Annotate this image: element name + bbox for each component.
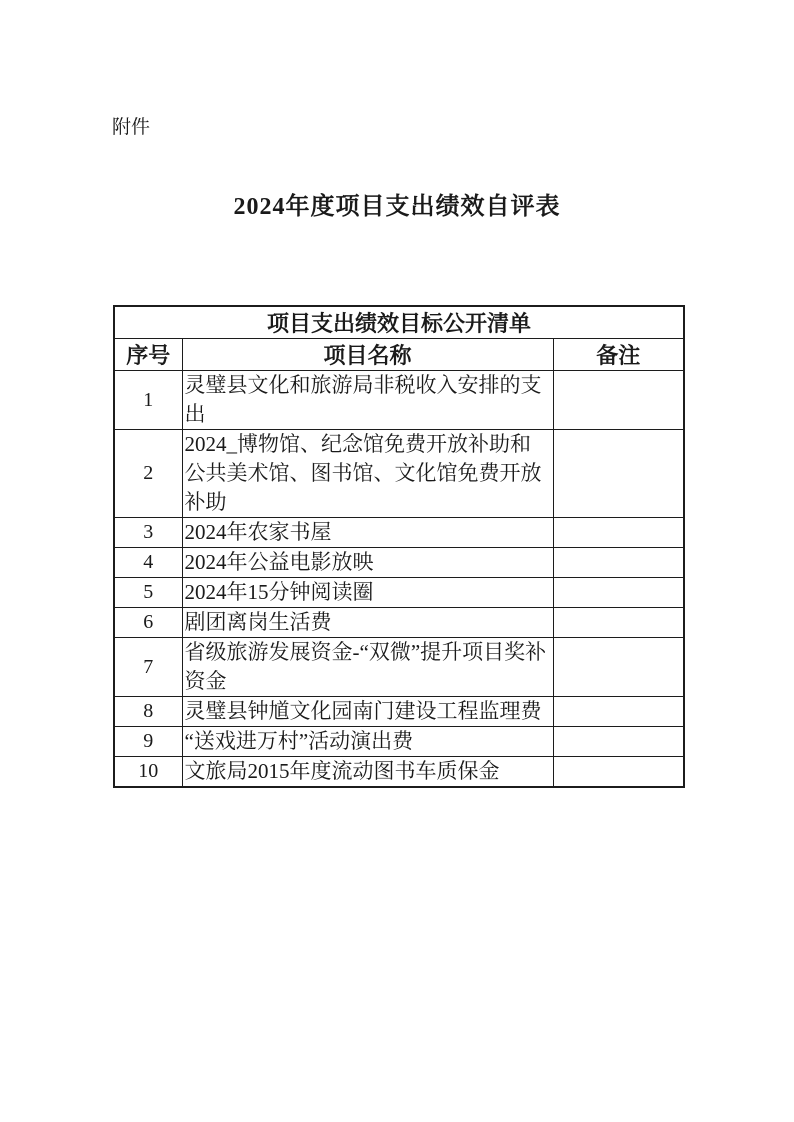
attachment-label: 附件 xyxy=(112,116,150,140)
row-number-cell: 2 xyxy=(114,430,182,518)
row-number-cell: 10 xyxy=(114,757,182,788)
table-row: 6剧团离岗生活费 xyxy=(114,608,684,638)
table-row: 10文旅局2015年度流动图书车质保金 xyxy=(114,757,684,788)
note-cell xyxy=(553,548,684,578)
row-number-cell: 8 xyxy=(114,697,182,727)
note-cell xyxy=(553,578,684,608)
note-cell xyxy=(553,430,684,518)
table-row: 9“送戏进万村”活动演出费 xyxy=(114,727,684,757)
performance-target-table: 项目支出绩效目标公开清单 序号 项目名称 备注 1灵璧县文化和旅游局非税收入安排… xyxy=(113,305,685,788)
project-name-cell: 2024_博物馆、纪念馆免费开放补助和公共美术馆、图书馆、文化馆免费开放补助 xyxy=(182,430,553,518)
table-caption: 项目支出绩效目标公开清单 xyxy=(114,306,684,339)
column-header-row: 序号 项目名称 备注 xyxy=(114,339,684,371)
project-name-cell: 剧团离岗生活费 xyxy=(182,608,553,638)
table-row: 22024_博物馆、纪念馆免费开放补助和公共美术馆、图书馆、文化馆免费开放补助 xyxy=(114,430,684,518)
column-header-seq: 序号 xyxy=(114,339,182,371)
table-row: 42024年公益电影放映 xyxy=(114,548,684,578)
row-number-cell: 1 xyxy=(114,371,182,430)
table-row: 1灵璧县文化和旅游局非税收入安排的支出 xyxy=(114,371,684,430)
column-header-note: 备注 xyxy=(553,339,684,371)
row-number-cell: 5 xyxy=(114,578,182,608)
project-name-cell: 2024年农家书屋 xyxy=(182,518,553,548)
project-name-cell: 灵璧县钟馗文化园南门建设工程监理费 xyxy=(182,697,553,727)
table-row: 7省级旅游发展资金-“双微”提升项目奖补资金 xyxy=(114,638,684,697)
table-row: 52024年15分钟阅读圈 xyxy=(114,578,684,608)
note-cell xyxy=(553,638,684,697)
note-cell xyxy=(553,697,684,727)
page-title: 2024年度项目支出绩效自评表 xyxy=(0,186,794,221)
project-name-cell: 省级旅游发展资金-“双微”提升项目奖补资金 xyxy=(182,638,553,697)
row-number-cell: 6 xyxy=(114,608,182,638)
table-row: 32024年农家书屋 xyxy=(114,518,684,548)
note-cell xyxy=(553,371,684,430)
note-cell xyxy=(553,727,684,757)
row-number-cell: 4 xyxy=(114,548,182,578)
row-number-cell: 7 xyxy=(114,638,182,697)
project-name-cell: 2024年公益电影放映 xyxy=(182,548,553,578)
project-name-cell: 文旅局2015年度流动图书车质保金 xyxy=(182,757,553,788)
project-name-cell: 灵璧县文化和旅游局非税收入安排的支出 xyxy=(182,371,553,430)
table-row: 8灵璧县钟馗文化园南门建设工程监理费 xyxy=(114,697,684,727)
row-number-cell: 9 xyxy=(114,727,182,757)
project-name-cell: 2024年15分钟阅读圈 xyxy=(182,578,553,608)
column-header-project-name: 项目名称 xyxy=(182,339,553,371)
document-page: 附件 2024年度项目支出绩效自评表 项目支出绩效目标公开清单 序号 项目名称 … xyxy=(0,0,794,1122)
table-body: 1灵璧县文化和旅游局非税收入安排的支出22024_博物馆、纪念馆免费开放补助和公… xyxy=(114,371,684,788)
project-name-cell: “送戏进万村”活动演出费 xyxy=(182,727,553,757)
note-cell xyxy=(553,608,684,638)
note-cell xyxy=(553,757,684,788)
note-cell xyxy=(553,518,684,548)
table-caption-row: 项目支出绩效目标公开清单 xyxy=(114,306,684,339)
row-number-cell: 3 xyxy=(114,518,182,548)
